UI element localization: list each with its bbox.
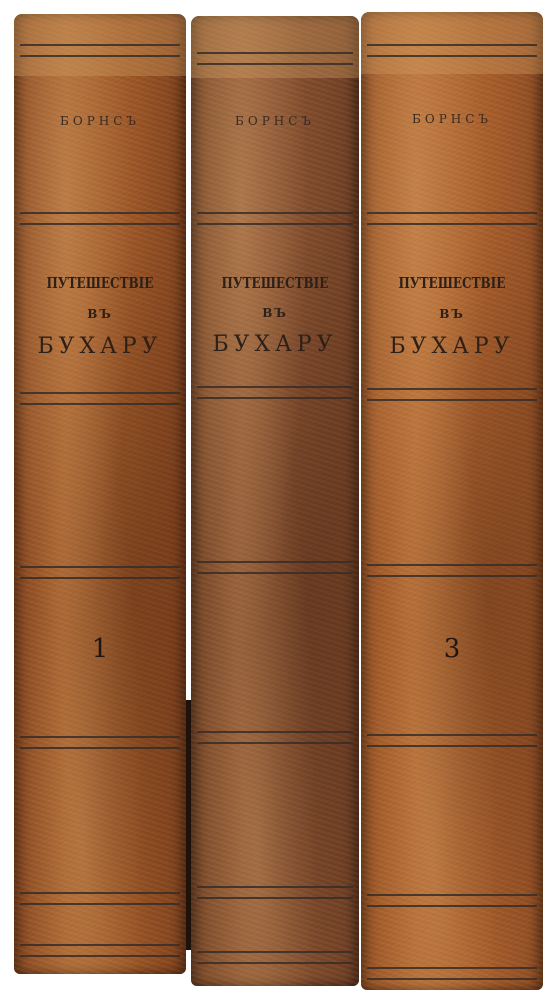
spine-head-wear xyxy=(191,16,359,78)
spine-rule xyxy=(197,212,353,225)
spine-title-prep: ВЪ xyxy=(361,307,543,321)
spine-rule xyxy=(367,388,537,401)
spine-title-prep: ВЪ xyxy=(191,306,359,320)
spine-author: БОРНСЪ xyxy=(191,114,359,128)
spine-rule xyxy=(197,386,353,399)
spine-volume-number: 3 xyxy=(361,634,543,664)
spine-title-place: БУХАРУ xyxy=(191,332,359,357)
spine-title-prep: ВЪ xyxy=(14,307,186,321)
spine-title: ПУТЕШЕСТВІЕ xyxy=(31,274,169,292)
spine-title: ПУТЕШЕСТВІЕ xyxy=(379,274,525,292)
spine-rule xyxy=(367,44,537,57)
spine-head-wear xyxy=(361,12,543,74)
spine-rule xyxy=(20,566,180,579)
spine-rule xyxy=(20,212,180,225)
spine-rule xyxy=(197,951,353,964)
spine-title-place: БУХАРУ xyxy=(361,334,543,359)
spine-rule xyxy=(197,52,353,65)
spine-rule xyxy=(20,944,180,957)
spine-rule xyxy=(367,894,537,907)
spine-rule xyxy=(20,392,180,405)
book-spine-volume-2: БОРНСЪ ПУТЕШЕСТВІЕ ВЪ БУХАРУ xyxy=(191,16,359,986)
spine-rule xyxy=(367,212,537,225)
spine-title: ПУТЕШЕСТВІЕ xyxy=(208,274,342,292)
spine-rule xyxy=(367,564,537,577)
spine-rule xyxy=(20,44,180,57)
book-spine-volume-3: БОРНСЪ ПУТЕШЕСТВІЕ ВЪ БУХАРУ 3 xyxy=(361,12,543,990)
spine-rule xyxy=(367,967,537,980)
spine-rule xyxy=(197,561,353,574)
spine-rule xyxy=(197,886,353,899)
spine-rule xyxy=(197,731,353,744)
spine-rule xyxy=(20,736,180,749)
spine-rule xyxy=(367,734,537,747)
spine-author: БОРНСЪ xyxy=(361,112,543,126)
spine-rule xyxy=(20,892,180,905)
spine-volume-number: 1 xyxy=(14,634,186,664)
spine-author: БОРНСЪ xyxy=(14,114,186,128)
spine-title-place: БУХАРУ xyxy=(14,334,186,359)
book-spine-volume-1: БОРНСЪ ПУТЕШЕСТВІЕ ВЪ БУХАРУ 1 xyxy=(14,14,186,974)
